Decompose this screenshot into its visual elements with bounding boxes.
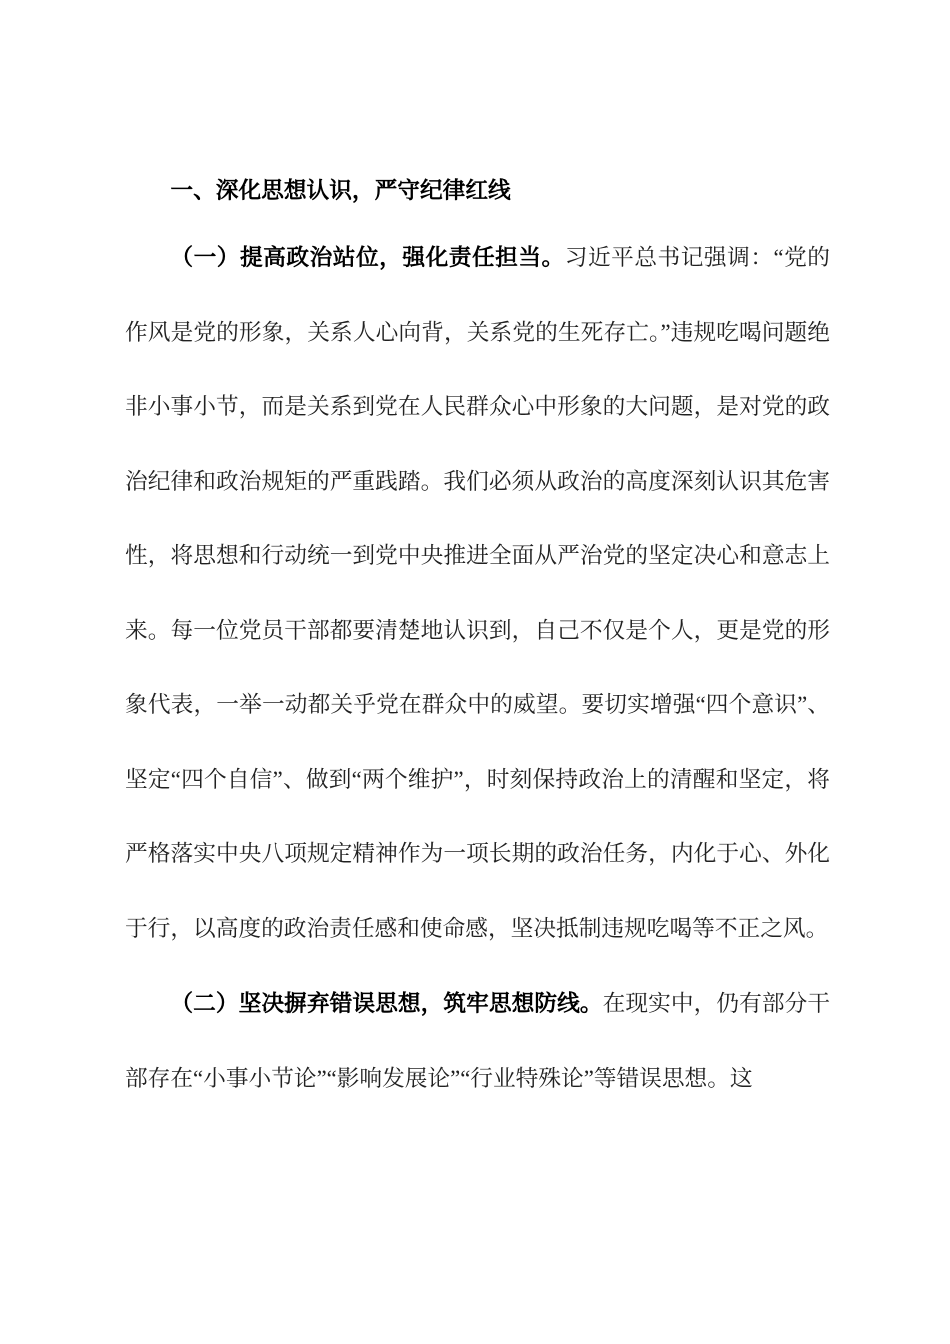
paragraph-2: （二）坚决摒弃错误思想，筑牢思想防线。在现实中，仍有部分干部存在“小事小节论”“… — [125, 966, 830, 1116]
section-heading: 一、深化思想认识，严守纪律红线 — [125, 160, 830, 220]
paragraph-1-text: 习近平总书记强调：“党的作风是党的形象，关系人心向背，关系党的生死存亡。”违规吃… — [125, 245, 830, 941]
document-text-block: 一、深化思想认识，严守纪律红线 （一）提高政治站位，强化责任担当。习近平总书记强… — [125, 160, 830, 1116]
paragraph-2-lead: （二）坚决摒弃错误思想，筑牢思想防线。 — [170, 990, 602, 1016]
document-page: 一、深化思想认识，严守纪律红线 （一）提高政治站位，强化责任担当。习近平总书记强… — [0, 0, 950, 1344]
paragraph-1: （一）提高政治站位，强化责任担当。习近平总书记强调：“党的作风是党的形象，关系人… — [125, 220, 830, 966]
paragraph-1-lead: （一）提高政治站位，强化责任担当。 — [170, 244, 564, 270]
